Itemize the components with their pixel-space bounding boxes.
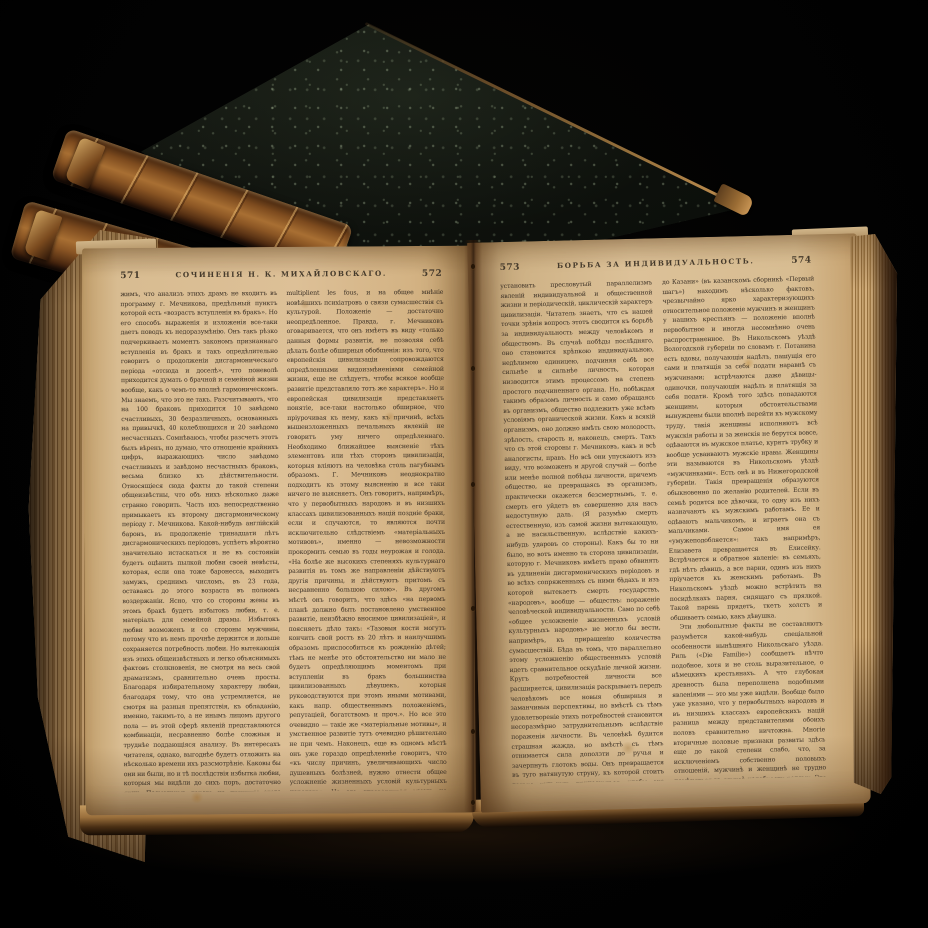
left-page-header: 571 СОЧИНЕНІЯ Н. К. МИХАЙЛОВСКАГО. 572 <box>120 269 442 281</box>
running-title-right: БОРЬБА ЗА ИНДИВИДУАЛЬНОСТЬ. <box>557 256 755 270</box>
foxing-spot <box>620 742 636 754</box>
page-number-572: 572 <box>422 269 442 279</box>
paragraph: Эти любопытные факты не составляютъ разу… <box>670 620 826 780</box>
text-column-574: до Казани» (въ казанскомъ сборникѣ «Перв… <box>662 274 826 780</box>
page-number-574: 574 <box>791 255 812 265</box>
paragraph: установить пресловутый параллелизмъ явле… <box>500 278 664 784</box>
paragraph: multiplient les fous, и на общее мнѣніе … <box>286 288 447 791</box>
foxing-spot <box>742 358 755 368</box>
center-gutter <box>464 240 482 812</box>
foxing-spot <box>384 412 396 422</box>
page-number-571: 571 <box>120 271 140 281</box>
stitch-hole <box>471 800 475 805</box>
foxing-spot <box>190 792 204 803</box>
running-title-left: СОЧИНЕНІЯ Н. К. МИХАЙЛОВСКАГО. <box>175 269 386 279</box>
stitch-hole <box>471 264 475 269</box>
stitch-hole <box>471 729 475 734</box>
text-column-572: multiplient les fous, и на общее мнѣніе … <box>286 288 447 791</box>
right-page-header: 573 БОРЬБА ЗА ИНДИВИДУАЛЬНОСТЬ. 574 <box>500 255 812 273</box>
stitch-hole <box>471 482 475 487</box>
text-column-571: жимъ, что анализъ этихъ драмъ не входитъ… <box>120 289 281 792</box>
stitch-hole <box>471 606 475 611</box>
stitch-hole <box>471 366 475 371</box>
right-page: 573 БОРЬБА ЗА ИНДИВИДУАЛЬНОСТЬ. 574 уста… <box>467 233 871 812</box>
left-page-text-block: жимъ, что анализъ этихъ драмъ не входитъ… <box>120 288 446 792</box>
page-number-573: 573 <box>500 263 521 273</box>
paragraph: до Казани» (въ казанскомъ сборникѣ «Перв… <box>662 274 822 623</box>
right-page-text-block: установить пресловутый параллелизмъ явле… <box>500 274 826 784</box>
right-page-block-edge <box>850 234 898 794</box>
paragraph: жимъ, что анализъ этихъ драмъ не входитъ… <box>120 289 281 792</box>
text-column-573: установить пресловутый параллелизмъ явле… <box>500 278 664 784</box>
left-page: 571 СОЧИНЕНІЯ Н. К. МИХАЙЛОВСКАГО. 572 ж… <box>82 246 476 816</box>
foxing-spot <box>300 300 310 309</box>
photo-scene: 571 СОЧИНЕНІЯ Н. К. МИХАЙЛОВСКАГО. 572 ж… <box>0 0 928 928</box>
